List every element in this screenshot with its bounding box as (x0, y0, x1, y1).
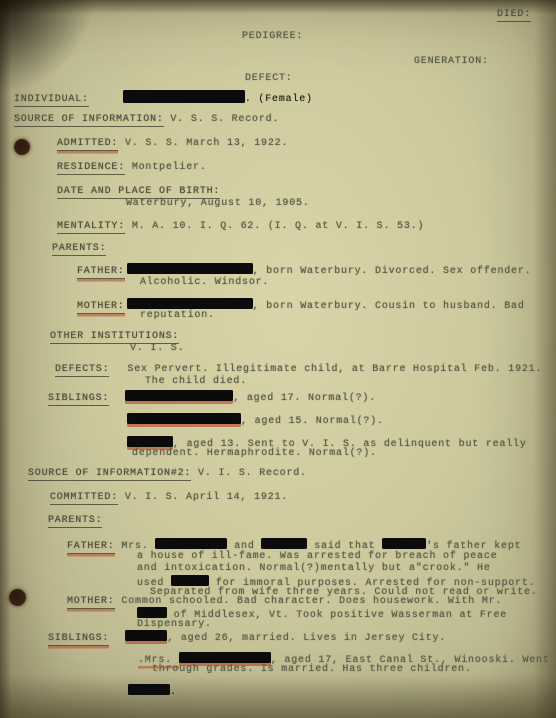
field-siblings1: SIBLINGS:, aged 17. Normal(?). (48, 390, 376, 405)
field-birth: DATE AND PLACE OF BIRTH: (57, 186, 220, 198)
defect-label: DEFECT: (245, 73, 293, 84)
birth-value: Waterbury, August 10, 1905. (126, 198, 310, 209)
field-committed: COMMITTED: V. I. S. April 14, 1921. (50, 492, 288, 504)
defects-line2: The child died. (145, 376, 247, 388)
field-source1: SOURCE OF INFORMATION: V. S. S. Record. (14, 114, 279, 126)
siblings2-sib1-text: , aged 26, married. Lives in Jersey City… (167, 633, 446, 644)
generation-label: GENERATION: (414, 56, 489, 67)
admitted-value: V. S. S. March 13, 1922. (118, 138, 288, 149)
parents1-label: PARENTS: (52, 243, 106, 256)
siblings2-sib3-line: . (128, 684, 177, 699)
admitted-label: ADMITTED: (57, 138, 118, 151)
field-parents2: PARENTS: (48, 515, 102, 527)
committed-label: COMMITTED: (50, 492, 118, 505)
mother1-line2: reputation. (140, 310, 215, 322)
father1-label: FATHER: (77, 266, 125, 279)
residence-label: RESIDENCE: (57, 162, 125, 175)
pedigree-label: PEDIGREE: (242, 31, 303, 42)
siblings2-sib2-text2: through grades. Is married. Has three ch… (152, 664, 472, 675)
residence-value: Montpelier. (125, 162, 207, 173)
father2-label: FATHER: (67, 541, 115, 554)
sibling2-text: , aged 15. Normal(?). (241, 416, 384, 427)
birth-label: DATE AND PLACE OF BIRTH: (57, 186, 220, 199)
redacted-name (137, 607, 167, 618)
birth-value-line: Waterbury, August 10, 1905. (126, 198, 310, 210)
parents2-label: PARENTS: (48, 515, 102, 528)
father1-line2: Alcoholic. Windsor. (140, 277, 269, 289)
father1-text: , born Waterbury. Divorced. Sex offender… (253, 266, 532, 277)
siblings1-label: SIBLINGS: (48, 393, 109, 406)
other-institutions-value-line: V. I. S. (130, 343, 184, 355)
individual-period: . (245, 94, 259, 105)
mother2-text3: Dispensary. (137, 619, 212, 630)
father2-text3: and intoxication. Normal(?)mentally but … (137, 563, 491, 574)
sibling3-text2: dependent. Hermaphrodite. Normal(?). (132, 448, 377, 459)
siblings2-sib3-post: . (170, 687, 177, 698)
field-residence: RESIDENCE: Montpelier. (57, 162, 207, 174)
redacted-name (127, 413, 241, 424)
field-generation: GENERATION: (414, 56, 489, 68)
mother1-text: , born Waterbury. Cousin to husband. Bad (253, 301, 525, 312)
field-admitted: ADMITTED: V. S. S. March 13, 1922. (57, 138, 288, 150)
field-defects: DEFECTS:Sex Pervert. Illegitimate child,… (55, 364, 542, 376)
father1-text2: Alcoholic. Windsor. (140, 277, 269, 288)
died-label: DIED: (497, 9, 531, 22)
sibling3-line2: dependent. Hermaphrodite. Normal(?). (132, 448, 377, 460)
defects-text1: Sex Pervert. Illegitimate child, at Barr… (127, 364, 542, 375)
redacted-name (125, 390, 233, 401)
individual-label: INDIVIDUAL: (14, 94, 89, 107)
redacted-name (261, 538, 307, 549)
redacted-name (171, 575, 209, 586)
individual-sex: (Female) (258, 94, 312, 105)
document-photo: DIED: PEDIGREE: GENERATION: DEFECT: INDI… (0, 0, 556, 718)
mentality-value: M. A. 10. I. Q. 62. (I. Q. at V. I. S. 5… (125, 221, 424, 232)
redacted-name (127, 298, 253, 309)
father2-line3: and intoxication. Normal(?)mentally but … (137, 563, 491, 575)
mother2-text1: Common schooled. Bad character. Does hou… (115, 596, 503, 607)
mother1-label: MOTHER: (77, 301, 125, 314)
field-other-institutions: OTHER INSTITUTIONS: (50, 331, 179, 343)
field-siblings2: SIBLINGS:, aged 26, married. Lives in Je… (48, 630, 446, 645)
field-died: DIED: (497, 9, 531, 21)
other-institutions-value: V. I. S. (130, 343, 184, 354)
sibling2-line: , aged 15. Normal(?). (127, 413, 384, 428)
field-source2: SOURCE OF INFORMATION#2: V. I. S. Record… (28, 468, 307, 480)
defects-text2: The child died. (145, 376, 247, 387)
hole-punch-bottom (9, 589, 26, 606)
redacted-name (179, 652, 271, 663)
committed-value: V. I. S. April 14, 1921. (118, 492, 288, 503)
redacted-name (382, 538, 426, 549)
mother2-text2: of Middlesex, Vt. Took positive Wasserma… (167, 610, 507, 621)
other-institutions-label: OTHER INSTITUTIONS: (50, 331, 179, 344)
redacted-name (155, 538, 227, 549)
source2-label: SOURCE OF INFORMATION#2: (28, 468, 191, 481)
father2-text2: a house of ill-fame. Was arrested for br… (137, 551, 497, 562)
siblings2-label: SIBLINGS: (48, 633, 109, 646)
father2-line2: a house of ill-fame. Was arrested for br… (137, 551, 497, 563)
mother2-label: MOTHER: (67, 596, 115, 609)
hole-punch-top (14, 139, 30, 155)
redacted-name (128, 684, 170, 695)
source1-value: V. S. S. Record. (164, 114, 280, 125)
mentality-label: MENTALITY: (57, 221, 125, 234)
redacted-name (127, 436, 173, 447)
redacted-name (127, 263, 253, 274)
field-mentality: MENTALITY: M. A. 10. I. Q. 62. (I. Q. at… (57, 221, 424, 233)
redacted-name (123, 90, 245, 103)
source2-value: V. I. S. Record. (191, 468, 307, 479)
redacted-name (125, 630, 167, 641)
source1-label: SOURCE OF INFORMATION: (14, 114, 164, 127)
defects-label: DEFECTS: (55, 364, 109, 377)
field-defect: DEFECT: (245, 73, 293, 85)
siblings2-sib2-line2: through grades. Is married. Has three ch… (152, 664, 472, 676)
field-parents1: PARENTS: (52, 243, 106, 255)
sibling1-text: , aged 17. Normal(?). (233, 393, 376, 404)
field-pedigree: PEDIGREE: (242, 31, 303, 43)
mother1-text2: reputation. (140, 310, 215, 321)
field-individual: INDIVIDUAL:. (Female) (14, 90, 313, 106)
field-father1: FATHER:, born Waterbury. Divorced. Sex o… (77, 263, 531, 278)
